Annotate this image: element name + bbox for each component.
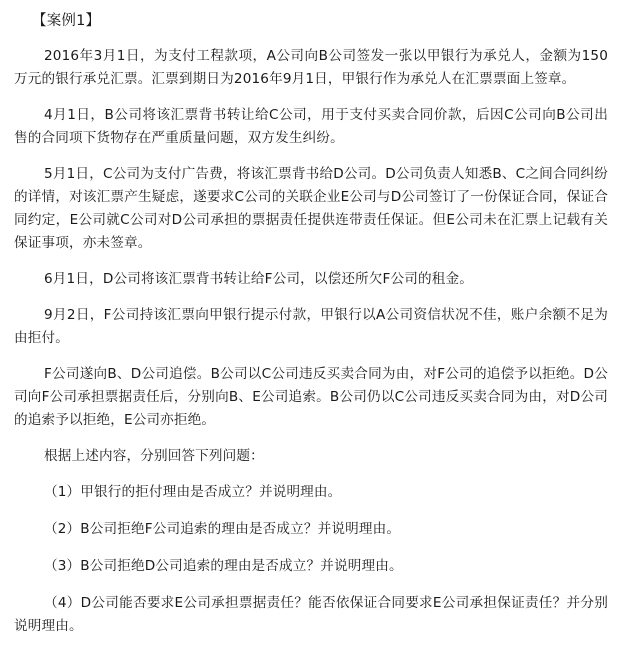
paragraph-issuance: 2016年3月1日，为支付工程款项，A公司向B公司签发一张以甲银行为承兑人，金额…	[14, 45, 608, 91]
case-title: 【案例1】	[14, 10, 608, 33]
paragraph-endorsement-to-c: 4月1日，B公司将该汇票背书转让给C公司，用于支付买卖合同价款，后因C公司向B公…	[14, 104, 608, 150]
case-document: 【案例1】 2016年3月1日，为支付工程款项，A公司向B公司签发一张以甲银行为…	[14, 10, 608, 649]
question-2: （2）B公司拒绝F公司追索的理由是否成立？并说明理由。	[14, 518, 608, 541]
question-1: （1）甲银行的拒付理由是否成立？并说明理由。	[14, 481, 608, 504]
paragraph-payment-refusal: 9月2日，F公司持该汇票向甲银行提示付款，甲银行以A公司资信状况不佳，账户余额不…	[14, 304, 608, 350]
paragraph-recourse: F公司遂向B、D公司追偿。B公司以C公司违反买卖合同为由，对F公司的追偿予以拒绝…	[14, 363, 608, 432]
question-3: （3）B公司拒绝D公司追索的理由是否成立？并说明理由。	[14, 555, 608, 578]
questions-prompt: 根据上述内容，分别回答下列问题：	[14, 445, 608, 468]
question-4: （4）D公司能否要求E公司承担票据责任？能否依保证合同要求E公司承担保证责任？并…	[14, 592, 608, 638]
paragraph-endorsement-to-d: 5月1日，C公司为支付广告费，将该汇票背书给D公司。D公司负责人知悉B、C之间合…	[14, 163, 608, 255]
paragraph-endorsement-to-f: 6月1日，D公司将该汇票背书转让给F公司，以偿还所欠F公司的租金。	[14, 268, 608, 291]
